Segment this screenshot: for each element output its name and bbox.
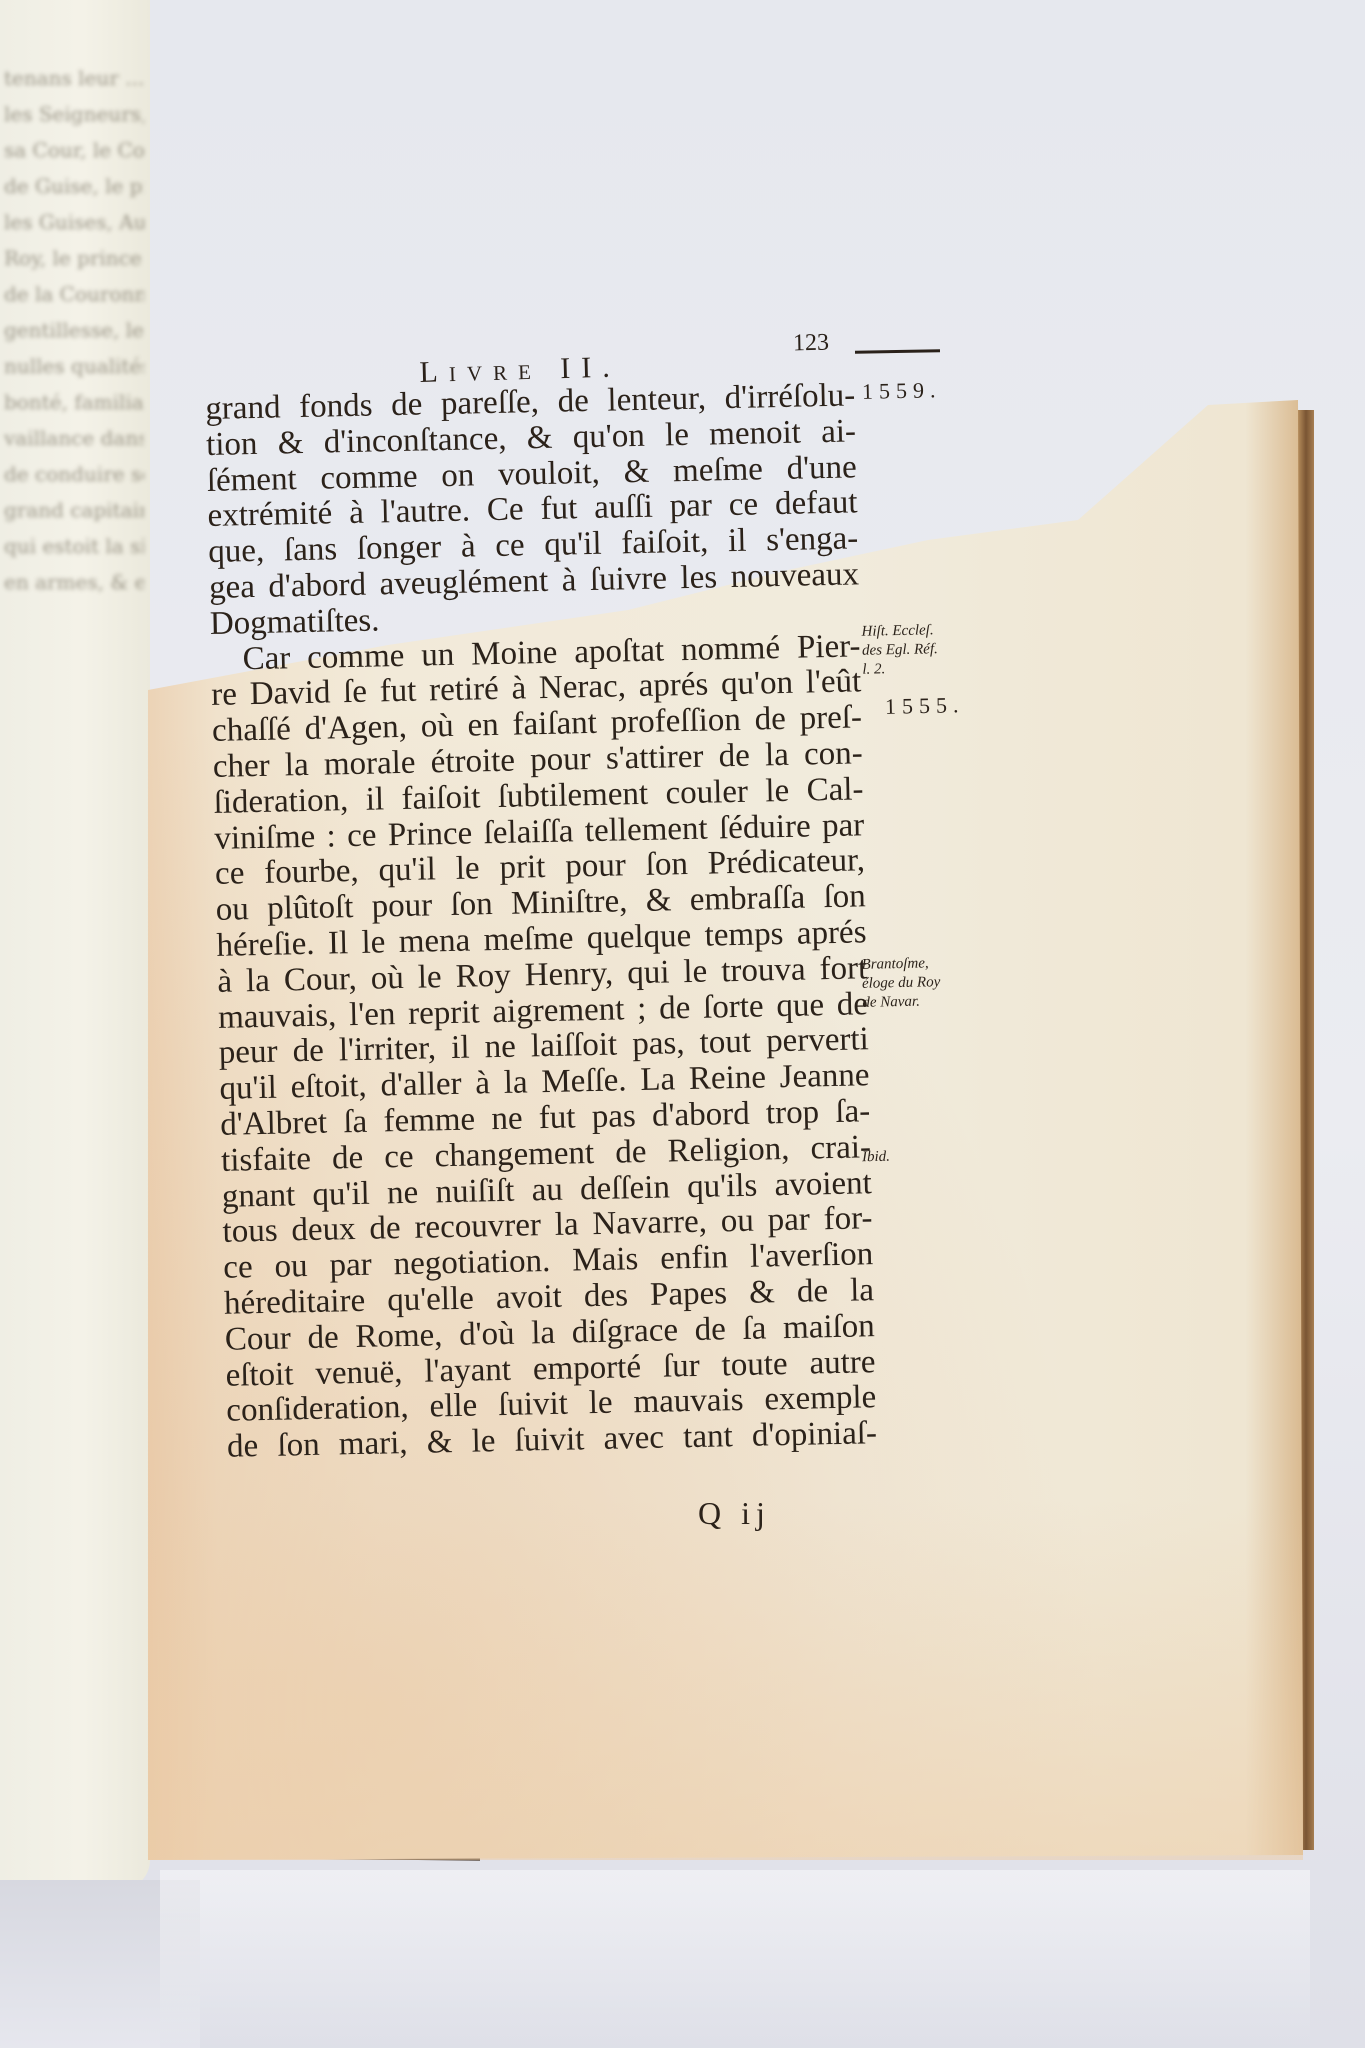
margin-note-brantosme: Brantoſme, éloge du Roy de Navar. [861,954,940,1013]
margin-note-line: des Egl. Réf. [862,640,938,661]
blurred-line: nulles qualités ... [4,348,144,384]
blurred-line: les Seigneurs, Roy de N... [4,96,144,132]
blurred-line: de la Couronne ... [4,276,144,312]
margin-note-line: Brantoſme, [861,954,940,975]
margin-note-line: Hiſt. Eccleſ. [861,621,937,642]
blurred-line: tenans leur ... [4,60,144,96]
blurred-line: de Guise, le prince de ... [4,168,144,204]
left-page-blurred-text: tenans leur ... les Seigneurs, Roy de N.… [4,60,144,1460]
blurred-line: de conduire ses trouppes ... [4,456,144,492]
blurred-line: les Guises, Aumale, ... [4,204,144,240]
page-number: 123 [793,330,830,358]
margin-note-ibid: Ibid. [862,1148,890,1168]
blurred-line: grand capitaine, il avoit ... [4,492,144,528]
header-rule [855,349,940,353]
blurred-line: en armes, & en sa maison ... [4,564,144,600]
blurred-line: sa Cour, le Connétable Anne de ... [4,132,144,168]
margin-note-line: de Navar. [862,992,941,1013]
paper-foxing-tint [148,1500,1303,1860]
body-text: grand fonds de pareſſe, de lenteur, d'ir… [205,378,877,1465]
margin-note-hist-eccles: Hiſt. Eccleſ. des Egl. Réf. l. 2. [861,621,938,680]
blurred-line: qui estoit la sienne ... [4,528,144,564]
blurred-line: bonté, familiarité, generosité ... [4,384,144,420]
facing-left-page: tenans leur ... les Seigneurs, Roy de N.… [0,0,150,1890]
margin-note-line: l. 2. [862,659,938,680]
margin-note-line: éloge du Roy [862,973,941,994]
blurred-line: gentillesse, le bel ... [4,312,144,348]
blurred-line: Roy, le prince de la Maison ... [4,240,144,276]
margin-year-1559: 1559. [862,377,942,405]
blurred-line: vaillance dans la conversation ... [4,420,144,456]
table-reflection [160,1870,1310,2048]
margin-year-1555: 1555. [885,692,965,720]
signature-mark: Q ij [698,1495,771,1532]
